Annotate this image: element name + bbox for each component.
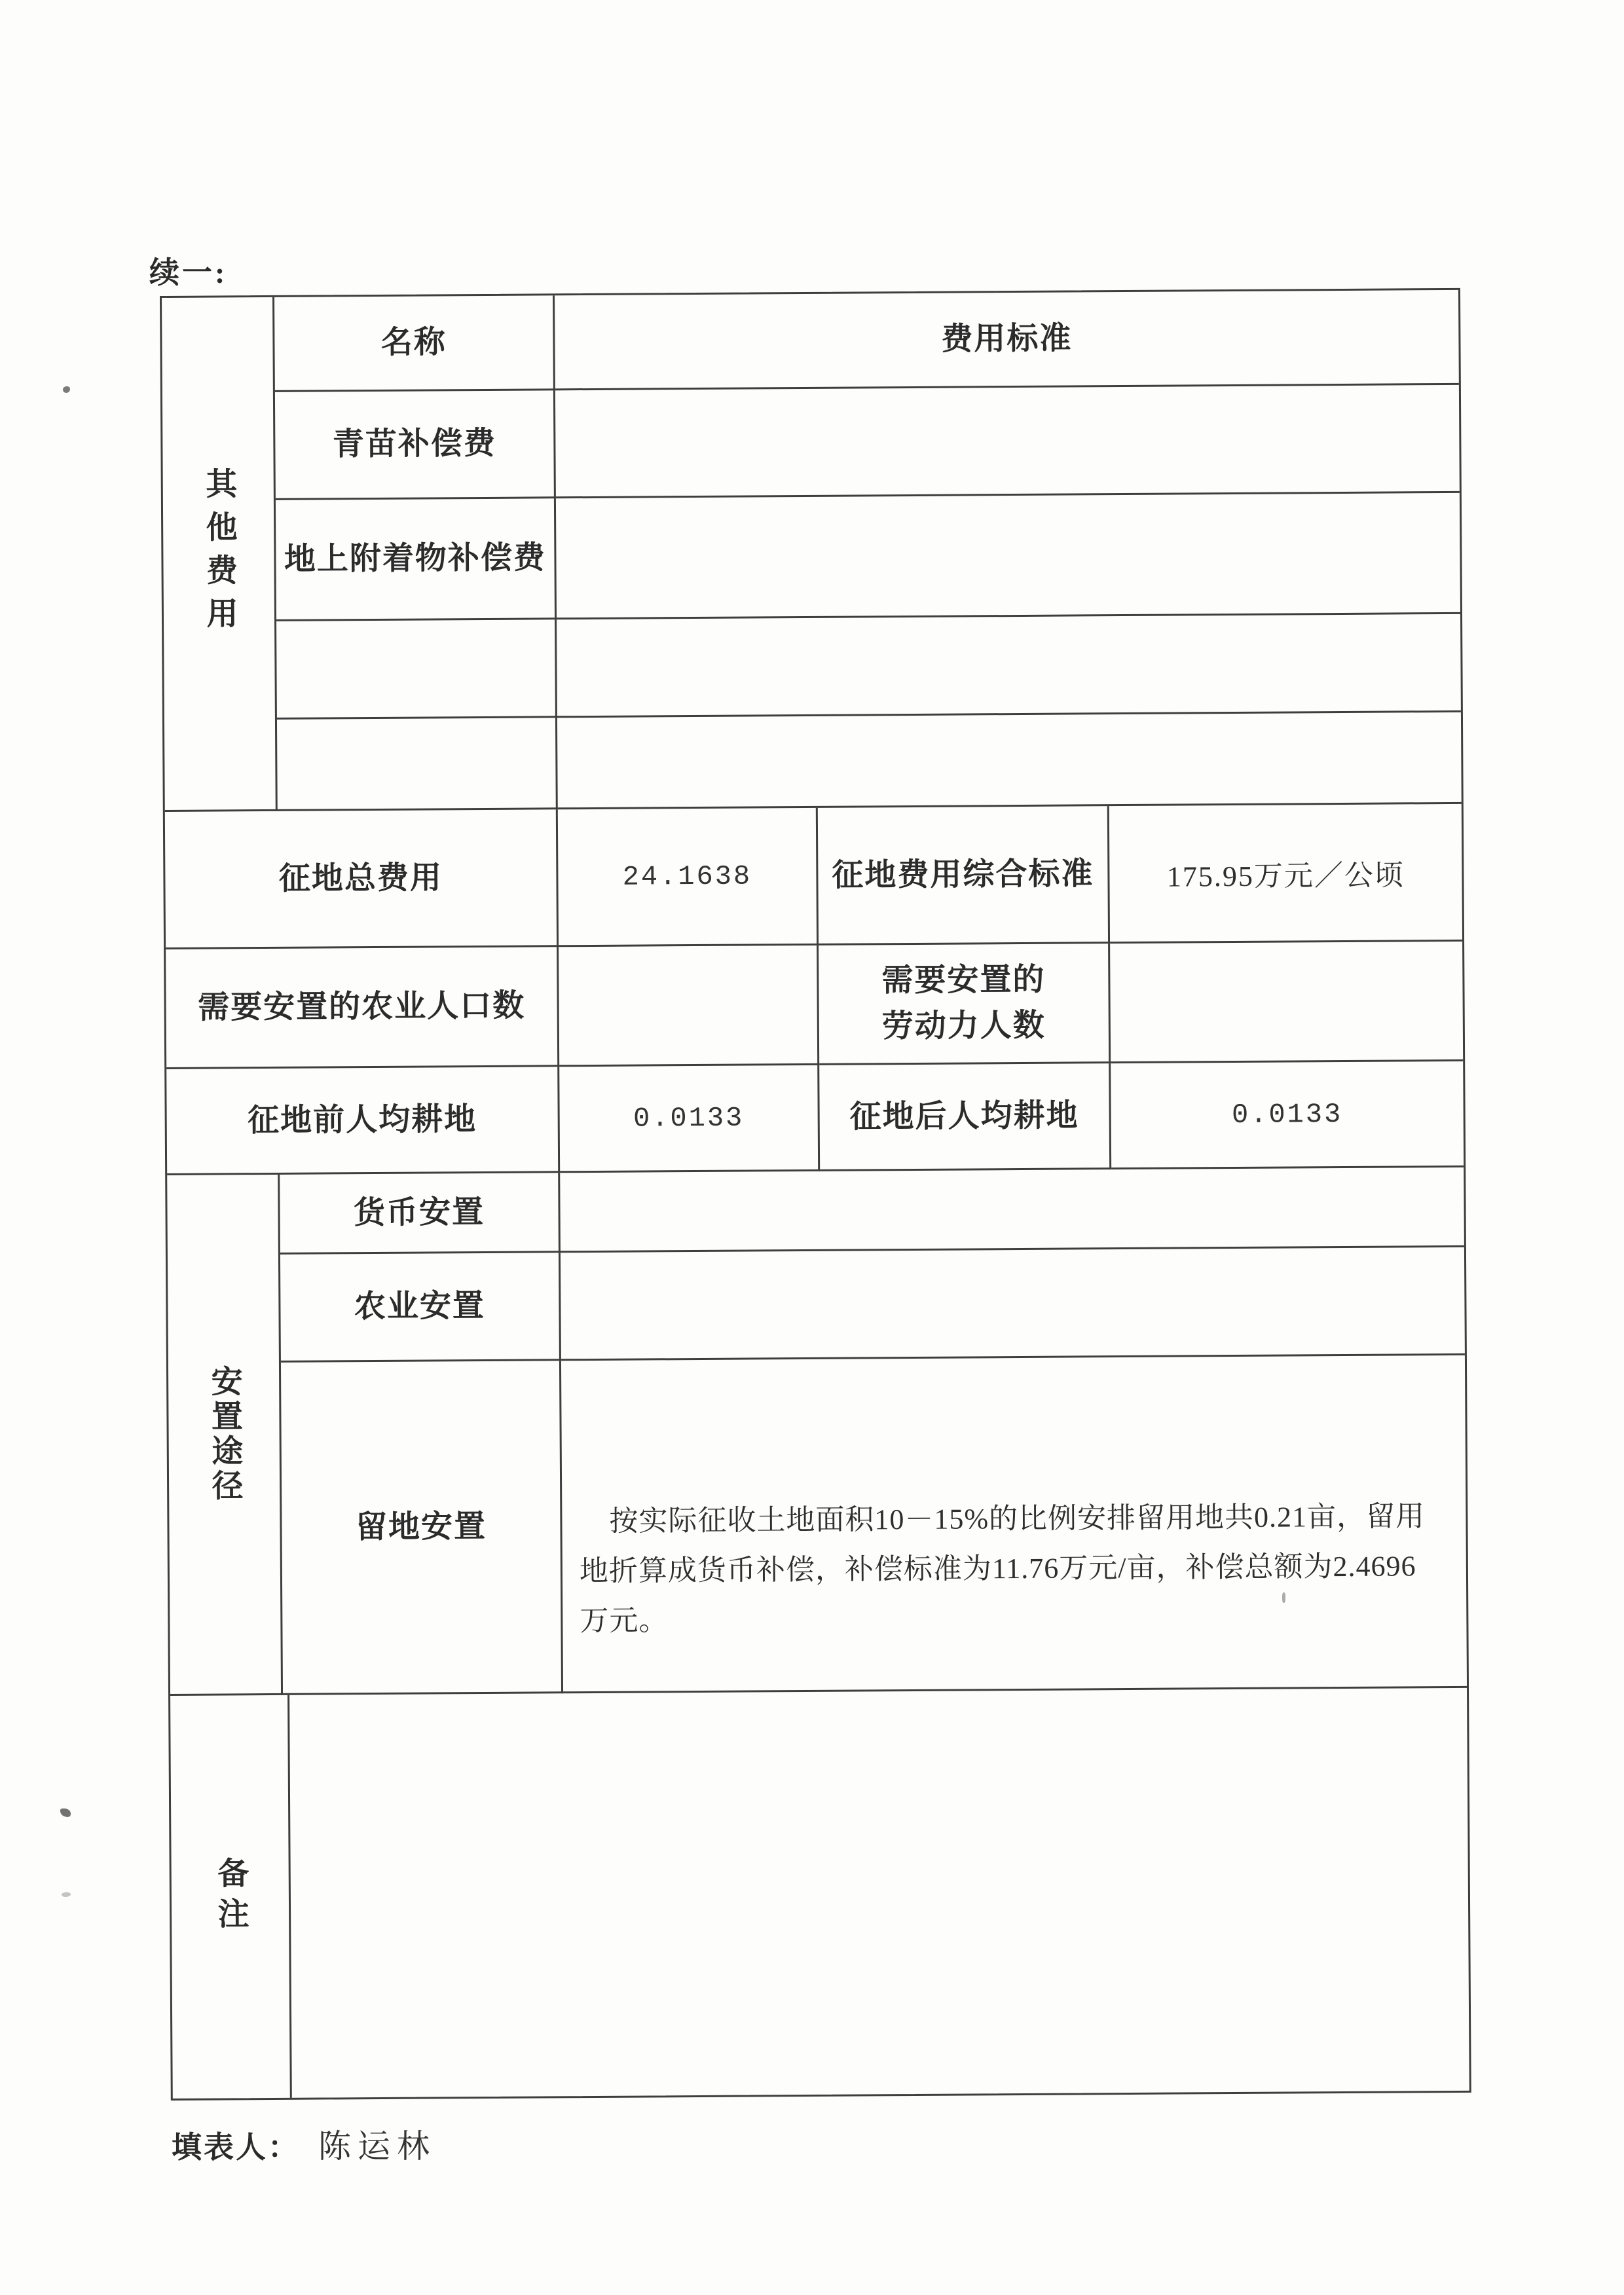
labor-count-value-cell bbox=[1110, 942, 1463, 1063]
form-filler-name: 陈运林 bbox=[318, 2120, 436, 2167]
per-capita-before-label: 征地前人均耕地 bbox=[248, 1097, 477, 1144]
scan-artifact bbox=[60, 1808, 71, 1817]
composite-standard-value: 175.95万元／公顷 bbox=[1167, 851, 1405, 894]
resettlement-group-cell: 安置途径 bbox=[167, 1175, 283, 1696]
scan-artifact bbox=[62, 1892, 71, 1897]
remarks-content-cell bbox=[289, 1688, 1469, 2098]
attachments-label-cell: 地上附着物补偿费 bbox=[276, 498, 557, 621]
per-capita-after-label-cell: 征地后人均耕地 bbox=[819, 1063, 1111, 1171]
form-filler-line: 填表人： 陈运林 bbox=[172, 2120, 436, 2167]
other-fees-group-label: 其他费用 bbox=[196, 467, 242, 640]
total-cost-label-cell: 征地总费用 bbox=[165, 809, 559, 949]
labor-count-label: 需要安置的 劳动力人数 bbox=[881, 957, 1046, 1050]
total-cost-value-cell: 24.1638 bbox=[558, 808, 819, 947]
scan-artifact bbox=[63, 386, 70, 393]
per-capita-before-label-cell: 征地前人均耕地 bbox=[166, 1067, 560, 1175]
per-capita-after-value-cell: 0.0133 bbox=[1111, 1061, 1464, 1169]
reserved-land-label-cell: 留地安置 bbox=[281, 1361, 563, 1695]
continuation-label: 续一: bbox=[149, 249, 227, 292]
composite-standard-label: 征地费用综合标准 bbox=[832, 851, 1094, 898]
form-filler-label: 填表人： bbox=[172, 2123, 300, 2167]
labor-count-label-cell: 需要安置的 劳动力人数 bbox=[819, 944, 1111, 1065]
agricultural-resettlement-label: 农业安置 bbox=[354, 1283, 485, 1330]
per-capita-before-value-cell: 0.0133 bbox=[559, 1065, 820, 1173]
agri-population-label-cell: 需要安置的农业人口数 bbox=[166, 947, 559, 1069]
agricultural-resettlement-value-cell bbox=[561, 1247, 1465, 1361]
other-fees-blank1-value-cell bbox=[557, 614, 1461, 718]
remarks-group-label: 备注 bbox=[208, 1856, 253, 1937]
other-fees-blank2-value-cell bbox=[557, 712, 1462, 809]
other-fees-blank1-label-cell bbox=[276, 619, 557, 720]
young-crop-label-cell: 青苗补偿费 bbox=[275, 390, 556, 500]
fee-standard-header-cell: 费用标准 bbox=[555, 290, 1459, 390]
young-crop-value-cell bbox=[555, 385, 1460, 498]
monetary-resettlement-value-cell bbox=[560, 1167, 1464, 1253]
labor-count-label-line2: 劳动力人数 bbox=[882, 1003, 1046, 1050]
young-crop-label: 青苗补偿费 bbox=[333, 421, 496, 468]
reserved-land-label: 留地安置 bbox=[356, 1504, 487, 1551]
composite-standard-value-cell: 175.95万元／公顷 bbox=[1109, 804, 1462, 944]
attachments-value-cell bbox=[556, 493, 1460, 619]
total-cost-label: 征地总费用 bbox=[279, 855, 443, 902]
labor-count-label-line1: 需要安置的 bbox=[881, 957, 1045, 1004]
other-fees-blank2-label-cell bbox=[277, 718, 558, 811]
name-header-cell: 名称 bbox=[274, 295, 555, 392]
total-cost-value: 24.1638 bbox=[623, 860, 752, 892]
per-capita-before-value: 0.0133 bbox=[633, 1102, 745, 1134]
monetary-resettlement-label-cell: 货币安置 bbox=[280, 1173, 561, 1255]
name-header-label: 名称 bbox=[381, 320, 447, 366]
monetary-resettlement-label: 货币安置 bbox=[354, 1190, 485, 1236]
resettlement-group-label: 安置途径 bbox=[201, 1365, 247, 1503]
composite-standard-label-cell: 征地费用综合标准 bbox=[818, 806, 1110, 946]
scanned-form-page: 续一: 其他费用 名称 费用标准 青苗补偿费 地上附着物补偿费 bbox=[0, 0, 1624, 2295]
reserved-land-detail-cell: 按实际征收土地面积10－15%的比例安排留用地共0.21亩，留用地折算成货币补偿… bbox=[561, 1355, 1467, 1693]
attachments-label: 地上附着物补偿费 bbox=[284, 536, 546, 583]
remarks-group-cell: 备注 bbox=[170, 1695, 292, 2099]
reserved-land-detail-text: 按实际征收土地面积10－15%的比例安排留用地共0.21亩，留用地折算成货币补偿… bbox=[561, 1355, 1467, 1646]
agri-population-value-cell bbox=[559, 946, 819, 1067]
agri-population-label: 需要安置的农业人口数 bbox=[198, 983, 525, 1031]
fee-standard-header-label: 费用标准 bbox=[941, 316, 1072, 363]
other-fees-group-cell: 其他费用 bbox=[162, 297, 278, 812]
scan-artifact bbox=[1282, 1592, 1285, 1603]
per-capita-after-value: 0.0133 bbox=[1232, 1098, 1343, 1130]
agricultural-resettlement-label-cell: 农业安置 bbox=[280, 1253, 561, 1363]
per-capita-after-label: 征地后人均耕地 bbox=[849, 1093, 1079, 1140]
compensation-table: 其他费用 名称 费用标准 青苗补偿费 地上附着物补偿费 bbox=[160, 288, 1471, 2101]
